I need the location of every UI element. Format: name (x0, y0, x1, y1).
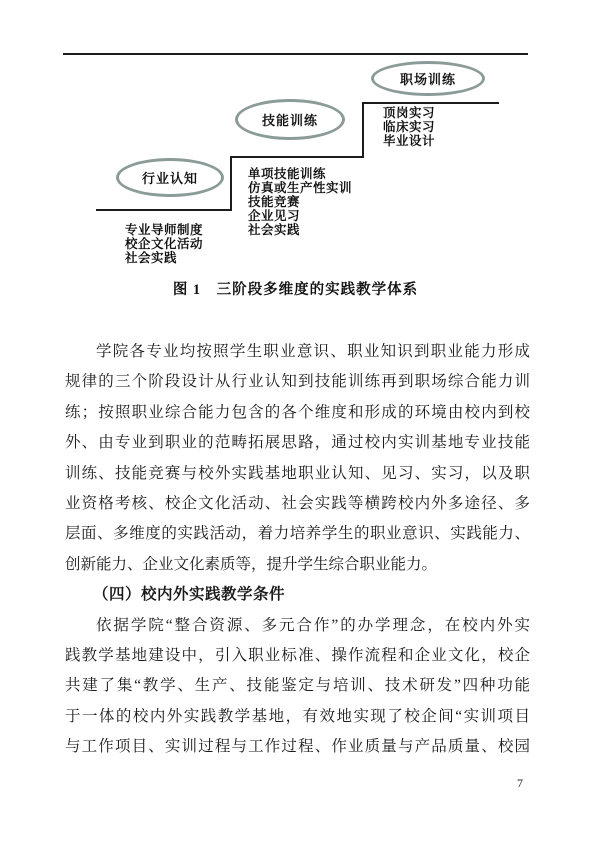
paragraph-line: 练；按照职业综合能力包含的各个维度和形成的环境由校内到校 (65, 398, 530, 428)
figure-stair-diagram: 行业认知 技能训练 职场训练 专业导师制度 校企文化活动 社会实践 单项技能训练… (0, 0, 596, 310)
paragraph-line: 层面、多维度的实践活动，着力培养学生的职业意识、实践能力、 (65, 519, 530, 549)
stage-item: 临床实习 (383, 120, 435, 134)
stair-step2-tread-line (230, 156, 364, 158)
paragraph-line: 学院各专业均按照学生职业意识、职业知识到职业能力形成 (65, 337, 530, 367)
paragraph-line: 训练、技能竞赛与校外实践基地职业认知、见习、实习，以及职 (65, 459, 530, 489)
stair-step3-riser-line (362, 102, 364, 158)
stage-item: 社会实践 (248, 223, 352, 237)
paragraph-line: 外、由专业到职业的范畴拓展思路，通过校内实训基地专业技能 (65, 428, 530, 458)
paragraph-line: 创新能力、企业文化素质等，提升学生综合职业能力。 (65, 550, 530, 580)
page-number: 7 (496, 776, 544, 791)
stair-top-line (63, 53, 528, 55)
stage-items-skill: 单项技能训练 仿真或生产性实训 技能竞赛 企业见习 社会实践 (248, 167, 352, 237)
paragraph-line: 业资格考核、校企文化活动、社会实践等横跨校内外多途径、多 (65, 489, 530, 519)
paragraph-line: 共建了集“教学、生产、技能鉴定与培训、技术研发”四种功能 (65, 671, 530, 701)
section-heading: （四）校内外实践教学条件 (65, 580, 530, 610)
body-text: 学院各专业均按照学生职业意识、职业知识到职业能力形成 规律的三个阶段设计从行业认… (65, 337, 530, 763)
stage-ellipse-industry: 行业认知 (116, 158, 224, 197)
stage-item: 专业导师制度 (125, 223, 203, 237)
stage-ellipse-workplace: 职场训练 (371, 61, 485, 96)
stage-item: 仿真或生产性实训 (248, 181, 352, 195)
paragraph-line: 于一体的校内外实践教学基地，有效地实现了校企间“实训项目 (65, 702, 530, 732)
paragraph-line: 践教学基地建设中，引入职业标准、操作流程和企业文化，校企 (65, 641, 530, 671)
stage-items-workplace: 顶岗实习 临床实习 毕业设计 (383, 106, 435, 148)
stage-item: 校企文化活动 (125, 237, 203, 251)
stair-step1-tread-line (96, 209, 232, 211)
stair-step2-riser-line (230, 156, 232, 211)
stage-item: 技能竞赛 (248, 195, 352, 209)
stage-ellipse-skill: 技能训练 (235, 99, 345, 140)
stage-label-industry: 行业认知 (142, 168, 198, 187)
document-page: 行业认知 技能训练 职场训练 专业导师制度 校企文化活动 社会实践 单项技能训练… (0, 0, 596, 842)
stage-item: 企业见习 (248, 209, 352, 223)
stage-item: 单项技能训练 (248, 167, 352, 181)
stage-items-industry: 专业导师制度 校企文化活动 社会实践 (125, 223, 203, 265)
stage-label-skill: 技能训练 (262, 110, 318, 129)
stair-step3-tread-line (362, 102, 499, 104)
stage-item: 社会实践 (125, 251, 203, 265)
figure-caption: 图 1 三阶段多维度的实践教学体系 (63, 278, 528, 299)
paragraph-line: 规律的三个阶段设计从行业认知到技能训练再到职场综合能力训 (65, 367, 530, 397)
stage-item: 毕业设计 (383, 134, 435, 148)
stage-item: 顶岗实习 (383, 106, 435, 120)
paragraph-line: 依据学院“整合资源、多元合作”的办学理念，在校内外实 (65, 611, 530, 641)
paragraph-line: 与工作项目、实训过程与工作过程、作业质量与产品质量、校园 (65, 732, 530, 762)
stage-label-workplace: 职场训练 (400, 69, 456, 88)
